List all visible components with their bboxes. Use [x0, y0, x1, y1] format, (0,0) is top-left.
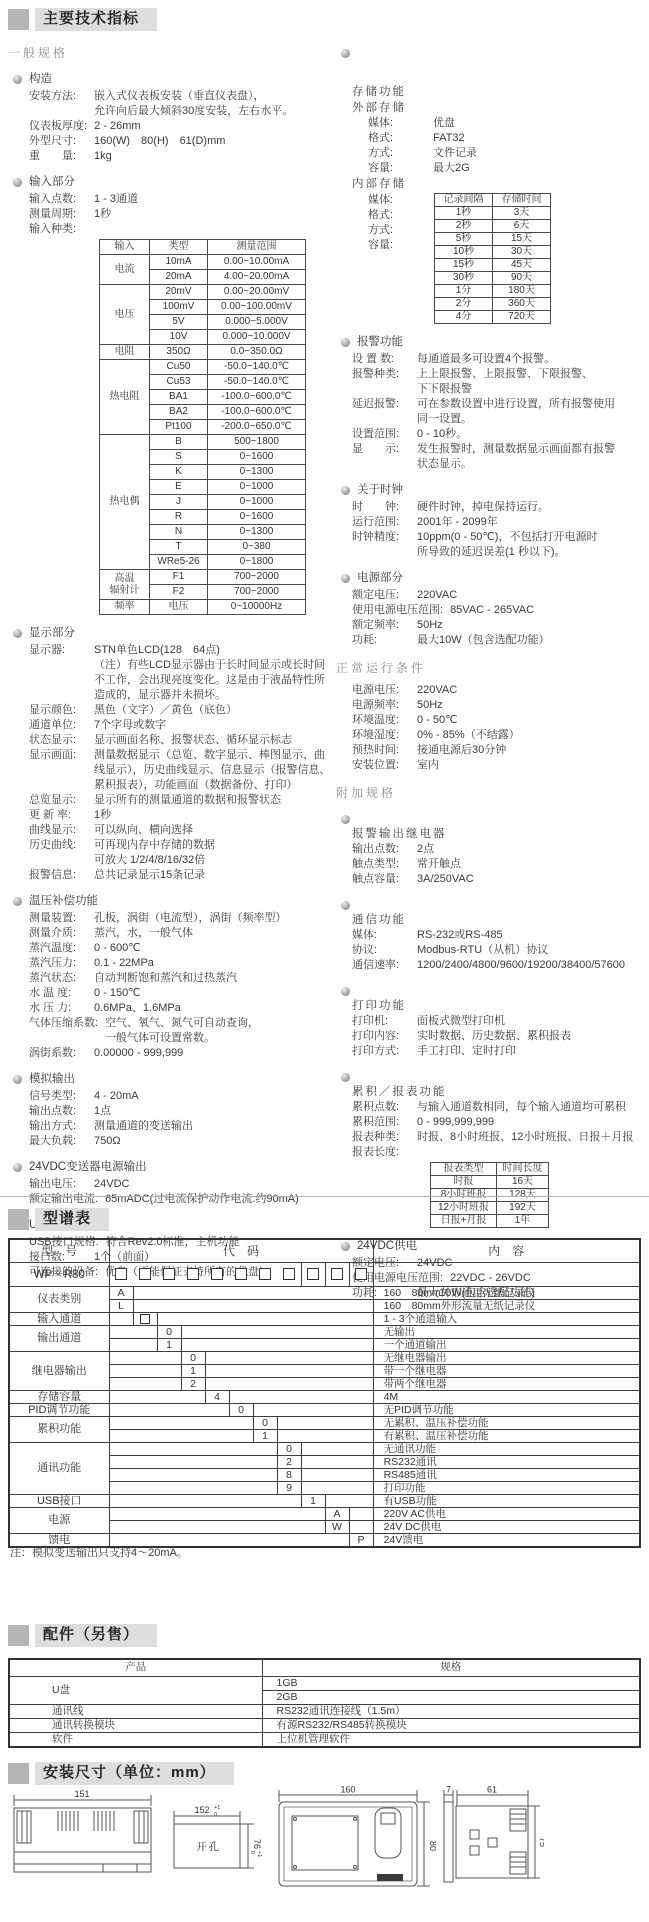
- spec-label: 重 量:: [29, 149, 87, 164]
- table-cell: 3天: [493, 207, 551, 220]
- spec-value: 常开触点: [417, 857, 646, 872]
- spec-value: 测量数据显示（总览、数字显示、棒图显示、曲线显示），历史曲线显示、信息显示（报警…: [94, 748, 332, 793]
- product-cell: 通讯转换模块: [9, 1718, 262, 1732]
- spec-item: 时 钟:硬件时钟，掉电保持运行。: [352, 500, 646, 515]
- spec-item: 状态显示:显示画面名称、报警状态、循环显示标志: [29, 733, 332, 748]
- code-cell: 4: [205, 1390, 229, 1403]
- spec-label: 输出电压:: [29, 1177, 87, 1192]
- content-cell: 带两个继电器: [373, 1377, 640, 1390]
- table-cell: 时报: [431, 1176, 497, 1189]
- model-spectrum-table-wrap: 型 号代 码内 容WP－R80仪表类别A160 80mm外形通用无纸记录仪L16…: [8, 1238, 641, 1548]
- table-cell: 1秒: [435, 207, 493, 220]
- spec-item: 媒体:RS-232或RS-485: [352, 928, 646, 943]
- spec-label: 涡街系数:: [29, 1046, 87, 1061]
- side-view-drawing: 7 61 75: [440, 1786, 544, 1891]
- spec-value: [417, 1145, 646, 1160]
- dim-label-side-height: 75: [538, 1837, 544, 1847]
- table-cell: 0~1800: [208, 555, 306, 570]
- spec-item: 报表长度:: [352, 1145, 646, 1160]
- content-cell: 带一个继电器: [373, 1364, 640, 1377]
- spec-item: 运行范围:2001年 - 2099年: [352, 515, 646, 530]
- spec-item: 方式:文件记录: [352, 146, 646, 161]
- code-row: PID调节功能0无PID调节功能: [9, 1403, 640, 1416]
- table-row: 10秒30天: [435, 246, 551, 259]
- content-cell: 无PID调节功能: [373, 1403, 640, 1416]
- spec-label: 仪表板厚度:: [29, 119, 87, 134]
- spec-value: 2 - 26mm: [94, 119, 332, 134]
- spec-item: 外型尺寸:160(W) 80(H) 61(D)mm: [29, 134, 332, 149]
- table-cell: F1: [150, 570, 208, 585]
- group-label-cell: 输入通道: [9, 1312, 109, 1325]
- block-title: 电源部分: [357, 571, 403, 586]
- table-cell: 4分: [435, 311, 493, 324]
- storage-table: 记录间隔存储时间1秒3天2秒6天5秒15天10秒30天15秒45天30秒90天1…: [434, 193, 551, 324]
- spec-item: 通道单位:7个字母或数字: [29, 718, 332, 733]
- spec-label: 额定输出电流:: [29, 1192, 98, 1207]
- spec-item: 通信速率:1200/2400/4800/9600/19200/38400/576…: [352, 958, 646, 973]
- group-name-cell: 电流: [100, 255, 150, 285]
- spec-cell: 1GB: [262, 1676, 640, 1690]
- spec-label: 格式:: [352, 208, 434, 223]
- checkbox-icon: [211, 1268, 223, 1280]
- model-note: 注：模拟变送输出只支持4～20mA。: [10, 1544, 188, 1560]
- table-cell: 0.000~10.000V: [208, 330, 306, 345]
- column-header: 代 码: [109, 1239, 373, 1262]
- content-cell: 无累积、温压补偿功能: [373, 1416, 640, 1429]
- spec-value: 室内: [417, 758, 646, 773]
- section-title: 安装尺寸（单位：mm）: [35, 1762, 234, 1785]
- spec-subheading: 外部存储: [352, 100, 646, 116]
- table-cell: -100.0~600.0℃: [208, 390, 306, 405]
- spec-item: 额定频率:50Hz: [352, 618, 646, 633]
- code-row: 累积功能0无累积、温压补偿功能: [9, 1416, 640, 1429]
- content-cell: 1 - 3个通道输入: [373, 1312, 640, 1325]
- spec-value: 每通道最多可设置4个报警。: [417, 352, 646, 367]
- spec-item: 输出点数:2点: [352, 842, 646, 857]
- checkbox-icon: [307, 1268, 319, 1280]
- spec-table-wrap: 报表类型时间长度时报16天8小时班报128天12小时班报192天日报+月报1年: [430, 1162, 646, 1228]
- spec-item: 输入点数:1 - 3通道: [29, 192, 332, 207]
- table-cell: Pt100: [150, 420, 208, 435]
- bullet-icon: [341, 901, 350, 910]
- table-cell: -200.0~650.0℃: [208, 420, 306, 435]
- table-cell: T: [150, 540, 208, 555]
- checkbox-icon: [187, 1268, 199, 1280]
- spec-label: 蒸汽状态:: [29, 971, 87, 986]
- group-label-cell: 累积功能: [9, 1416, 109, 1442]
- dim-label-cutout-width: 152: [194, 1805, 209, 1815]
- spec-value: 与输入通道数相同，每个输入通道均可累积: [417, 1100, 646, 1115]
- table-cell: 2分: [435, 298, 493, 311]
- code-cell: 1: [301, 1494, 325, 1507]
- spec-label: 媒体:: [352, 928, 410, 943]
- code-cell: 0: [277, 1442, 301, 1455]
- spec-label: 时 钟:: [352, 500, 410, 515]
- spec-item: 安装方法:嵌入式仪表板安装（垂直仪表盘）， 允许向后最大倾斜30度安装，左右水平…: [29, 89, 332, 119]
- spec-label: 外型尺寸:: [29, 134, 87, 149]
- spec-block: 电源部分额定电压:220VAC使用电源电压范围:85VAC - 265VAC额定…: [336, 571, 646, 648]
- spec-label: 显 示:: [352, 442, 410, 472]
- table-row: 30秒90天: [435, 272, 551, 285]
- table-cell: 1分: [435, 285, 493, 298]
- table-cell: 4.00~20.00mA: [208, 270, 306, 285]
- spec-item: 最大负载:750Ω: [29, 1134, 332, 1149]
- spec-label: 额定电压:: [352, 588, 410, 603]
- spec-label: 使用电源电压范围:: [352, 603, 443, 618]
- spec-value: 可再现内存中存储的数据 可放大 1/2/4/8/16/32倍: [94, 838, 332, 868]
- spec-item: 输出方式:测量通道的变送输出: [29, 1119, 332, 1134]
- internal-storage: 媒体:格式:方式:容量:记录间隔存储时间1秒3天2秒6天5秒15天10秒30天1…: [352, 193, 646, 324]
- dim-tolerance-sub: 0: [249, 1851, 255, 1854]
- section-marker-icon: [8, 1763, 29, 1784]
- lcd-screen: [292, 1816, 358, 1870]
- spec-value: 空气、氧气、氮气可自动查询， 一般气体可设置常数。: [105, 1016, 332, 1046]
- content-cell: 24V DC供电: [373, 1520, 640, 1533]
- report-table: 报表类型时间长度时报16天8小时班报128天12小时班报192天日报+月报1年: [430, 1162, 549, 1228]
- spec-value: 0 - 600℃: [94, 941, 332, 956]
- table-cell: 720天: [493, 311, 551, 324]
- dim-label-cutout-height: 76: [252, 1839, 262, 1849]
- spec-label: 方式:: [352, 223, 434, 238]
- bullet-icon: [341, 486, 350, 495]
- model-name-cell: WP－R80: [9, 1262, 109, 1286]
- dim-tolerance-sub: 0: [214, 1812, 217, 1818]
- content-cell: 无输出: [373, 1325, 640, 1338]
- front-view-drawing: 160 80: [274, 1786, 436, 1891]
- spec-label: 容量:: [368, 161, 426, 176]
- spec-label: 延迟报警:: [352, 397, 410, 427]
- checkbox-icon: [331, 1268, 343, 1280]
- spec-item: 仪表板厚度:2 - 26mm: [29, 119, 332, 134]
- table-cell: 700~2000: [208, 585, 306, 600]
- spec-value: 50Hz: [417, 698, 646, 713]
- group-label-cell: 电源: [9, 1507, 109, 1533]
- table-cell: 10mA: [150, 255, 208, 270]
- spec-item: 报表种类:时报、8小时班报、12小时班报、日报＋月报: [352, 1130, 646, 1145]
- spec-value: 4 - 20mA: [94, 1089, 332, 1104]
- spec-value: 上上限报警、上限报警、下限报警、 下下限报警: [417, 367, 646, 397]
- table-cell: 10V: [150, 330, 208, 345]
- content-cell: 160 80mm外形通用无纸记录仪: [373, 1286, 640, 1299]
- table-row: 2秒6天: [435, 220, 551, 233]
- spec-value: 0 - 10秒。: [417, 427, 646, 442]
- spec-block: 报警输出继电器输出点数:2点触点类型:常开触点触点容量:3A/250VAC: [336, 812, 646, 887]
- spec-item: 显 示:发生报警时，测量数据显示画面都有报警 状态显示。: [352, 442, 646, 472]
- spec-label: 曲线显示:: [29, 823, 87, 838]
- accessories-table-wrap: 产品规格U盘1GB2GB通讯线RS232通讯连接线（1.5m）通讯转换模块有源R…: [8, 1658, 641, 1748]
- code-cell: [133, 1312, 157, 1325]
- spec-value: 时报、8小时班报、12小时班报、日报＋月报: [417, 1130, 646, 1145]
- table-header-row: 产品规格: [9, 1659, 640, 1676]
- spec-item: 延迟报警:可在参数设置中进行设置，所有报警使用 同一设置。: [352, 397, 646, 427]
- spec-item: 显示器:STN单色LCD(128 64点) （注）有些LCD显示器由于长时间显示…: [29, 643, 332, 703]
- bullet-icon: [341, 1073, 350, 1082]
- spec-item: 报警种类:上上限报警、上限报警、下限报警、 下下限报警: [352, 367, 646, 397]
- spec-label: 报警信息:: [29, 868, 87, 883]
- table-cell: R: [150, 510, 208, 525]
- spec-block: 正常运行条件电源电压:220VAC电源频率:50Hz环境温度:0 - 50℃环境…: [336, 659, 646, 773]
- spec-item: 设 置 数:每通道最多可设置4个报警。: [352, 352, 646, 367]
- spec-label: 历史曲线:: [29, 838, 87, 868]
- table-row: 日报+月报1年: [431, 1215, 549, 1228]
- spec-value: 显示所有的测量通道的数据和报警状态: [94, 793, 332, 808]
- table-cell: 0~1000: [208, 480, 306, 495]
- spec-label: 蒸汽压力:: [29, 956, 87, 971]
- section-header-accessories: 配件（另售）: [8, 1624, 157, 1647]
- spec-label: 运行范围:: [352, 515, 410, 530]
- spec-item: 更 新 率:1秒: [29, 808, 332, 823]
- content-cell: RS485通讯: [373, 1468, 640, 1481]
- table-cell: 45天: [493, 259, 551, 272]
- specs-left-column: 一般规格构造安装方法:嵌入式仪表板安装（垂直仪表盘）， 允许向后最大倾斜30度安…: [8, 42, 332, 1291]
- section-marker-icon: [8, 9, 29, 30]
- product-cell: 通讯线: [9, 1704, 262, 1718]
- table-row: 12小时班报192天: [431, 1202, 549, 1215]
- spec-value: 最大10W（包含选配功能）: [417, 633, 646, 648]
- group-label-cell: USB接口: [9, 1494, 109, 1507]
- table-header-row: 型 号代 码内 容: [9, 1239, 640, 1262]
- section-divider: [0, 1196, 649, 1197]
- spec-value: 1点: [94, 1104, 332, 1119]
- spec-value: 0% - 85%（不结露）: [417, 728, 646, 743]
- table-row: 高温 辐射计F1700~2000: [100, 570, 306, 585]
- input-ranges-table: 输入类型测量范围电流10mA0.00~10.00mA20mA4.00~20.00…: [99, 239, 306, 615]
- group-label-cell: 输出通道: [9, 1325, 109, 1351]
- spec-value: 面板式微型打印机: [417, 1014, 646, 1029]
- spec-label: 通道单位:: [29, 718, 87, 733]
- spec-value: 220VAC: [417, 683, 646, 698]
- spec-item: 信号类型:4 - 20mA: [29, 1089, 332, 1104]
- content-cell: 有USB功能: [373, 1494, 640, 1507]
- spec-label: 环境湿度:: [352, 728, 410, 743]
- group-label-cell: 存储容量: [9, 1390, 109, 1403]
- table-cell: 0.000~5.000V: [208, 315, 306, 330]
- spec-item: 触点容量:3A/250VAC: [352, 872, 646, 887]
- content-cell: 无通讯功能: [373, 1442, 640, 1455]
- table-row: 8小时班报128天: [431, 1189, 549, 1202]
- spec-label: 触点容量:: [352, 872, 410, 887]
- spec-item: 曲线显示:可以纵向、横向选择: [29, 823, 332, 838]
- group-heading: 正常运行条件: [336, 659, 646, 676]
- spec-label: 更 新 率:: [29, 808, 87, 823]
- spec-label: 显示画面:: [29, 748, 87, 793]
- spec-item: 使用电源电压范围:85VAC - 265VAC: [352, 603, 646, 618]
- table-row: 5秒15天: [435, 233, 551, 246]
- spec-value: 接通电源后30分钟: [417, 743, 646, 758]
- code-row: 通讯功能0无通讯功能: [9, 1442, 640, 1455]
- spec-value: 3A/250VAC: [417, 872, 646, 887]
- spec-value: 50Hz: [417, 618, 646, 633]
- spec-label: 格式:: [368, 131, 426, 146]
- spec-value: Modbus-RTU（从机）协议: [417, 943, 646, 958]
- product-cell: 软件: [9, 1732, 262, 1747]
- spec-label: 累积范围:: [352, 1115, 410, 1130]
- spec-value: 0 - 150℃: [94, 986, 332, 1001]
- spec-value: 0 - 50℃: [417, 713, 646, 728]
- spec-label: 累积点数:: [352, 1100, 410, 1115]
- rear-view-drawing: 151: [8, 1790, 160, 1890]
- spec-value: 0 - 999,999,999: [417, 1115, 646, 1130]
- spec-item: 打印内容:实时数据、历史数据、累积报表: [352, 1029, 646, 1044]
- table-cell: -100.0~600.0℃: [208, 405, 306, 420]
- group-heading: 一般规格: [8, 44, 332, 61]
- code-row: 仪表类别A160 80mm外形通用无纸记录仪: [9, 1286, 640, 1299]
- spec-item: 安装位置:室内: [352, 758, 646, 773]
- content-cell: 220V AC供电: [373, 1507, 640, 1520]
- brand-mark: [377, 1874, 403, 1881]
- code-cell: W: [325, 1520, 349, 1533]
- rear-body: [14, 1808, 151, 1872]
- content-cell: 4M: [373, 1390, 640, 1403]
- table-cell: 15秒: [435, 259, 493, 272]
- table-cell: 20mV: [150, 285, 208, 300]
- spec-label: 测量周期:: [29, 207, 87, 222]
- spec-label: 报表长度:: [352, 1145, 410, 1160]
- table-cell: 电压: [150, 600, 208, 615]
- spec-item: 累积范围:0 - 999,999,999: [352, 1115, 646, 1130]
- spec-item: 报警信息:总共记录显示15条记录: [29, 868, 332, 883]
- table-row: 2分360天: [435, 298, 551, 311]
- spec-value: 0.1 - 22MPa: [94, 956, 332, 971]
- spec-label: 蒸汽温度:: [29, 941, 87, 956]
- table-cell: 500~1800: [208, 435, 306, 450]
- spec-label: 气体压缩系数:: [29, 1016, 98, 1046]
- spec-item: 总览显示:显示所有的测量通道的数据和报警状态: [29, 793, 332, 808]
- spec-label: 媒体:: [368, 116, 426, 131]
- table-cell: 1年: [497, 1215, 549, 1228]
- spec-value: 可以纵向、横向选择: [94, 823, 332, 838]
- model-spectrum-table: 型 号代 码内 容WP－R80仪表类别A160 80mm外形通用无纸记录仪L16…: [8, 1238, 641, 1548]
- code-cell: 1: [181, 1364, 205, 1377]
- content-cell: 24V馈电: [373, 1533, 640, 1547]
- table-cell: 12小时班报: [431, 1202, 497, 1215]
- spec-block: 一般规格: [8, 44, 332, 61]
- spec-label: 设 置 数:: [352, 352, 410, 367]
- spec-item: 打印方式:手工打印、定时打印: [352, 1044, 646, 1059]
- spec-value: 手工打印、定时打印: [417, 1044, 646, 1059]
- group-name-cell: 电阻: [100, 345, 150, 360]
- checkbox-icon: [259, 1268, 271, 1280]
- code-cell: 0: [253, 1416, 277, 1429]
- spec-subheading: 报警输出继电器: [352, 826, 646, 842]
- spec-label: 电源电压:: [352, 683, 410, 698]
- content-cell: RS232通讯: [373, 1455, 640, 1468]
- column-header: 产品: [9, 1659, 262, 1676]
- table-row: 15秒45天: [435, 259, 551, 272]
- spec-label: 打印方式:: [352, 1044, 410, 1059]
- table-cell: 0~380: [208, 540, 306, 555]
- table-cell: 0~1600: [208, 510, 306, 525]
- spec-label: 输出点数:: [352, 842, 410, 857]
- spec-item: 设置范围:0 - 10秒。: [352, 427, 646, 442]
- content-cell: 160 80mm外形流量无纸记录仪: [373, 1299, 640, 1312]
- table-cell: 2秒: [435, 220, 493, 233]
- spec-label: 协议:: [352, 943, 410, 958]
- spec-block: 累积／报表功能累积点数:与输入通道数相同，每个输入通道均可累积累积范围:0 - …: [336, 1070, 646, 1228]
- table-cell: J: [150, 495, 208, 510]
- table-cell: 128天: [497, 1189, 549, 1202]
- spec-value: 0.00000 - 999,999: [94, 1046, 332, 1061]
- column-header: 输入: [100, 240, 150, 255]
- column-header: 测量范围: [208, 240, 306, 255]
- spec-value: 1kg: [94, 149, 332, 164]
- spec-item: 额定输出电流:65mADC(过电流保护动作电流:约90mA): [29, 1192, 332, 1207]
- spec-label: 最大负载:: [29, 1134, 87, 1149]
- block-title: 温压补偿功能: [29, 894, 98, 909]
- spec-value: 优盘: [433, 116, 646, 131]
- bullet-icon: [13, 75, 22, 84]
- spec-value: 7个字母或数字: [94, 718, 332, 733]
- spec-subheading: 内部存储: [352, 176, 646, 192]
- table-header-row: 输入类型测量范围: [100, 240, 306, 255]
- column-header: 规格: [262, 1659, 640, 1676]
- spec-label: 通信速率:: [352, 958, 410, 973]
- content-cell: 有累积、温压补偿功能: [373, 1429, 640, 1442]
- spec-item: 显示颜色:黑色（文字）／黄色（底色）: [29, 703, 332, 718]
- spec-block: 输入部分输入点数:1 - 3通道测量周期:1秒输入种类:输入类型测量范围电流10…: [8, 175, 332, 615]
- spec-block: 温压补偿功能测量装置:孔板，涡街（电流型），涡街（频率型）测量介质:蒸汽，水，一…: [8, 894, 332, 1061]
- table-row: 软件上位机管理软件: [9, 1732, 640, 1747]
- spec-value: 测量通道的变送输出: [94, 1119, 332, 1134]
- group-name-cell: 高温 辐射计: [100, 570, 150, 600]
- front-bezel: [444, 1802, 453, 1882]
- section-header-model: 型谱表: [8, 1208, 109, 1231]
- spec-table-wrap: 输入类型测量范围电流10mA0.00~10.00mA20mA4.00~20.00…: [99, 239, 332, 615]
- section-title: 主要技术指标: [35, 8, 157, 31]
- table-header-row: 记录间隔存储时间: [435, 194, 551, 207]
- block-title: 24VDC变送器电源输出: [29, 1160, 147, 1175]
- spec-label: 功耗:: [352, 633, 410, 648]
- table-cell: 15天: [493, 233, 551, 246]
- specs-right-column: 存储功能外部存储媒体:优盘格式:FAT32方式:文件记录容量:最大2G内部存储媒…: [336, 46, 646, 1312]
- dim-label-front-width: 160: [340, 1786, 355, 1795]
- group-label-cell: PID调节功能: [9, 1403, 109, 1416]
- table-cell: WRe5-26: [150, 555, 208, 570]
- dim-label-rear-width: 151: [74, 1790, 89, 1799]
- spec-item: 预热时间:接通电源后30分钟: [352, 743, 646, 758]
- spec-item: 历史曲线:可再现内存中存储的数据 可放大 1/2/4/8/16/32倍: [29, 838, 332, 868]
- spec-label: 环境温度:: [352, 713, 410, 728]
- table-cell: 30秒: [435, 272, 493, 285]
- spec-label: 报警种类:: [352, 367, 410, 397]
- spec-item: 媒体:优盘: [352, 116, 646, 131]
- section-marker-icon: [8, 1625, 29, 1646]
- block-title: 关于时钟: [357, 483, 403, 498]
- spec-label: 测量装置:: [29, 911, 87, 926]
- block-title: 报警功能: [357, 335, 403, 350]
- table-row: U盘1GB: [9, 1676, 640, 1690]
- table-cell: 0.00~10.00mA: [208, 255, 306, 270]
- spec-label: 总览显示:: [29, 793, 87, 808]
- group-name-cell: 频率: [100, 600, 150, 615]
- table-cell: 360天: [493, 298, 551, 311]
- spec-value: 85VAC - 265VAC: [450, 603, 646, 618]
- code-cell: 0: [157, 1325, 181, 1338]
- spec-block: 打印功能打印机:面板式微型打印机打印内容:实时数据、历史数据、累积报表打印方式:…: [336, 984, 646, 1059]
- group-heading: 附加规格: [336, 784, 646, 801]
- column-header: 存储时间: [493, 194, 551, 207]
- spec-label: 触点类型:: [352, 857, 410, 872]
- product-cell: U盘: [9, 1676, 262, 1704]
- spec-label: 水 压 力:: [29, 1001, 87, 1016]
- table-row: 1秒3天: [435, 207, 551, 220]
- table-cell: -50.0~140.0℃: [208, 375, 306, 390]
- section-header-specs: 主要技术指标: [8, 8, 157, 31]
- spec-value: 蒸汽，水，一般气体: [94, 926, 332, 941]
- table-cell: 10秒: [435, 246, 493, 259]
- code-cell: A: [325, 1507, 349, 1520]
- front-body: [279, 1802, 417, 1886]
